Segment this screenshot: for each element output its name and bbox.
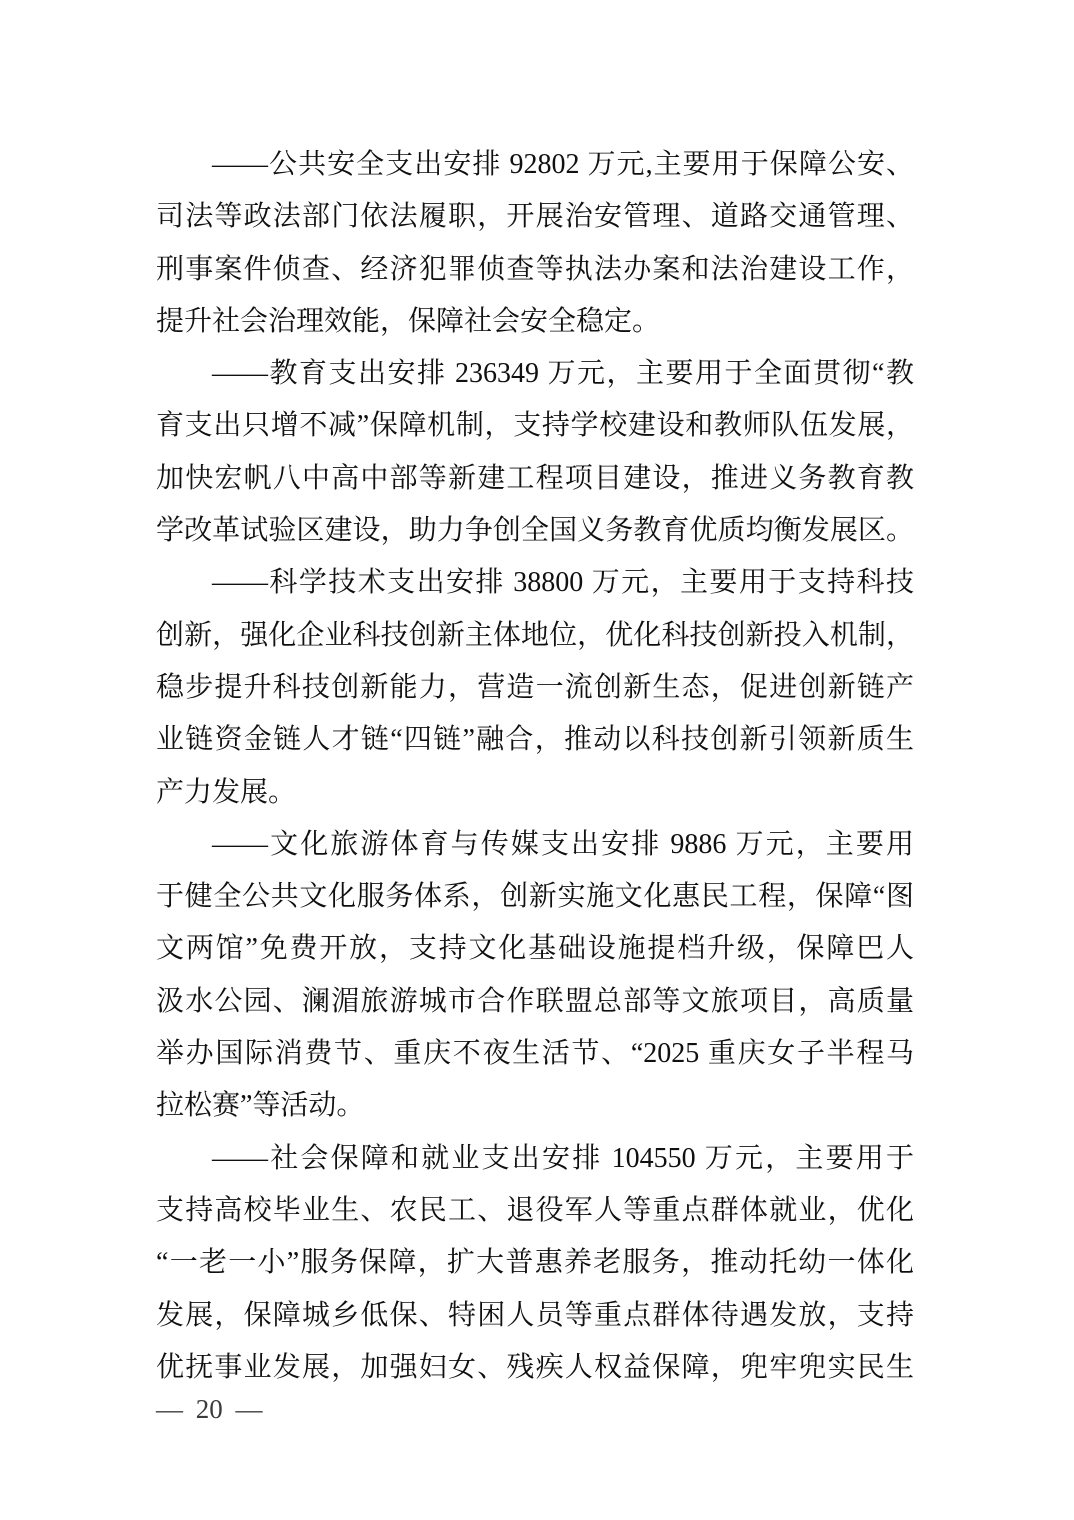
text-line: 汲水公园、澜湄旅游城市合作联盟总部等文旅项目，高质量 [156,976,914,1028]
text-line: 稳步提升科技创新能力，营造一流创新生态，促进创新链产 [156,662,914,714]
text-line: 创新，强化企业科技创新主体地位，优化科技创新投入机制， [156,610,914,662]
body-text: ——公共安全支出安排 92802 万元,主要用于保障公安、司法等政法部门依法履职… [156,139,914,1394]
text-line: 举办国际消费节、重庆不夜生活节、“2025 重庆女子半程马 [156,1028,914,1080]
text-line: ——社会保障和就业支出安排 104550 万元，主要用于 [156,1133,914,1185]
paragraph-public-security: ——公共安全支出安排 92802 万元,主要用于保障公安、司法等政法部门依法履职… [156,139,914,348]
text-line: 业链资金链人才链“四链”融合，推动以科技创新引领新质生 [156,714,914,766]
text-line: ——科学技术支出安排 38800 万元，主要用于支持科技 [156,557,914,609]
text-line: ——教育支出安排 236349 万元，主要用于全面贯彻“教 [156,348,914,400]
text-line: 支持高校毕业生、农民工、退役军人等重点群体就业，优化 [156,1185,914,1237]
text-line: 加快宏帆八中高中部等新建工程项目建设，推进义务教育教 [156,453,914,505]
text-line: 提升社会治理效能，保障社会安全稳定。 [156,296,914,348]
text-line: 于健全公共文化服务体系，创新实施文化惠民工程，保障“图 [156,871,914,923]
paragraph-social-security-employment: ——社会保障和就业支出安排 104550 万元，主要用于支持高校毕业生、农民工、… [156,1133,914,1394]
text-line: 优抚事业发展，加强妇女、残疾人权益保障，兜牢兜实民生 [156,1342,914,1394]
text-line: 学改革试验区建设，助力争创全国义务教育优质均衡发展区。 [156,505,914,557]
text-line: “一老一小”服务保障，扩大普惠养老服务，推动托幼一体化 [156,1237,914,1289]
text-line: 育支出只增不减”保障机制，支持学校建设和教师队伍发展， [156,400,914,452]
text-line: 刑事案件侦查、经济犯罪侦查等执法办案和法治建设工作， [156,244,914,296]
text-line: 产力发展。 [156,767,914,819]
text-line: 发展，保障城乡低保、特困人员等重点群体待遇发放，支持 [156,1290,914,1342]
page-number: — 20 — [156,1392,263,1426]
text-line: 文两馆”免费开放，支持文化基础设施提档升级，保障巴人 [156,923,914,975]
text-line: 司法等政法部门依法履职，开展治安管理、道路交通管理、 [156,191,914,243]
paragraph-science-technology: ——科学技术支出安排 38800 万元，主要用于支持科技创新，强化企业科技创新主… [156,557,914,818]
paragraph-education: ——教育支出安排 236349 万元，主要用于全面贯彻“教育支出只增不减”保障机… [156,348,914,557]
document-page: ——公共安全支出安排 92802 万元,主要用于保障公安、司法等政法部门依法履职… [0,0,1074,1520]
text-line: 拉松赛”等活动。 [156,1080,914,1132]
text-line: ——文化旅游体育与传媒支出安排 9886 万元，主要用 [156,819,914,871]
paragraph-culture-tourism-sports-media: ——文化旅游体育与传媒支出安排 9886 万元，主要用于健全公共文化服务体系，创… [156,819,914,1133]
text-line: ——公共安全支出安排 92802 万元,主要用于保障公安、 [156,139,914,191]
